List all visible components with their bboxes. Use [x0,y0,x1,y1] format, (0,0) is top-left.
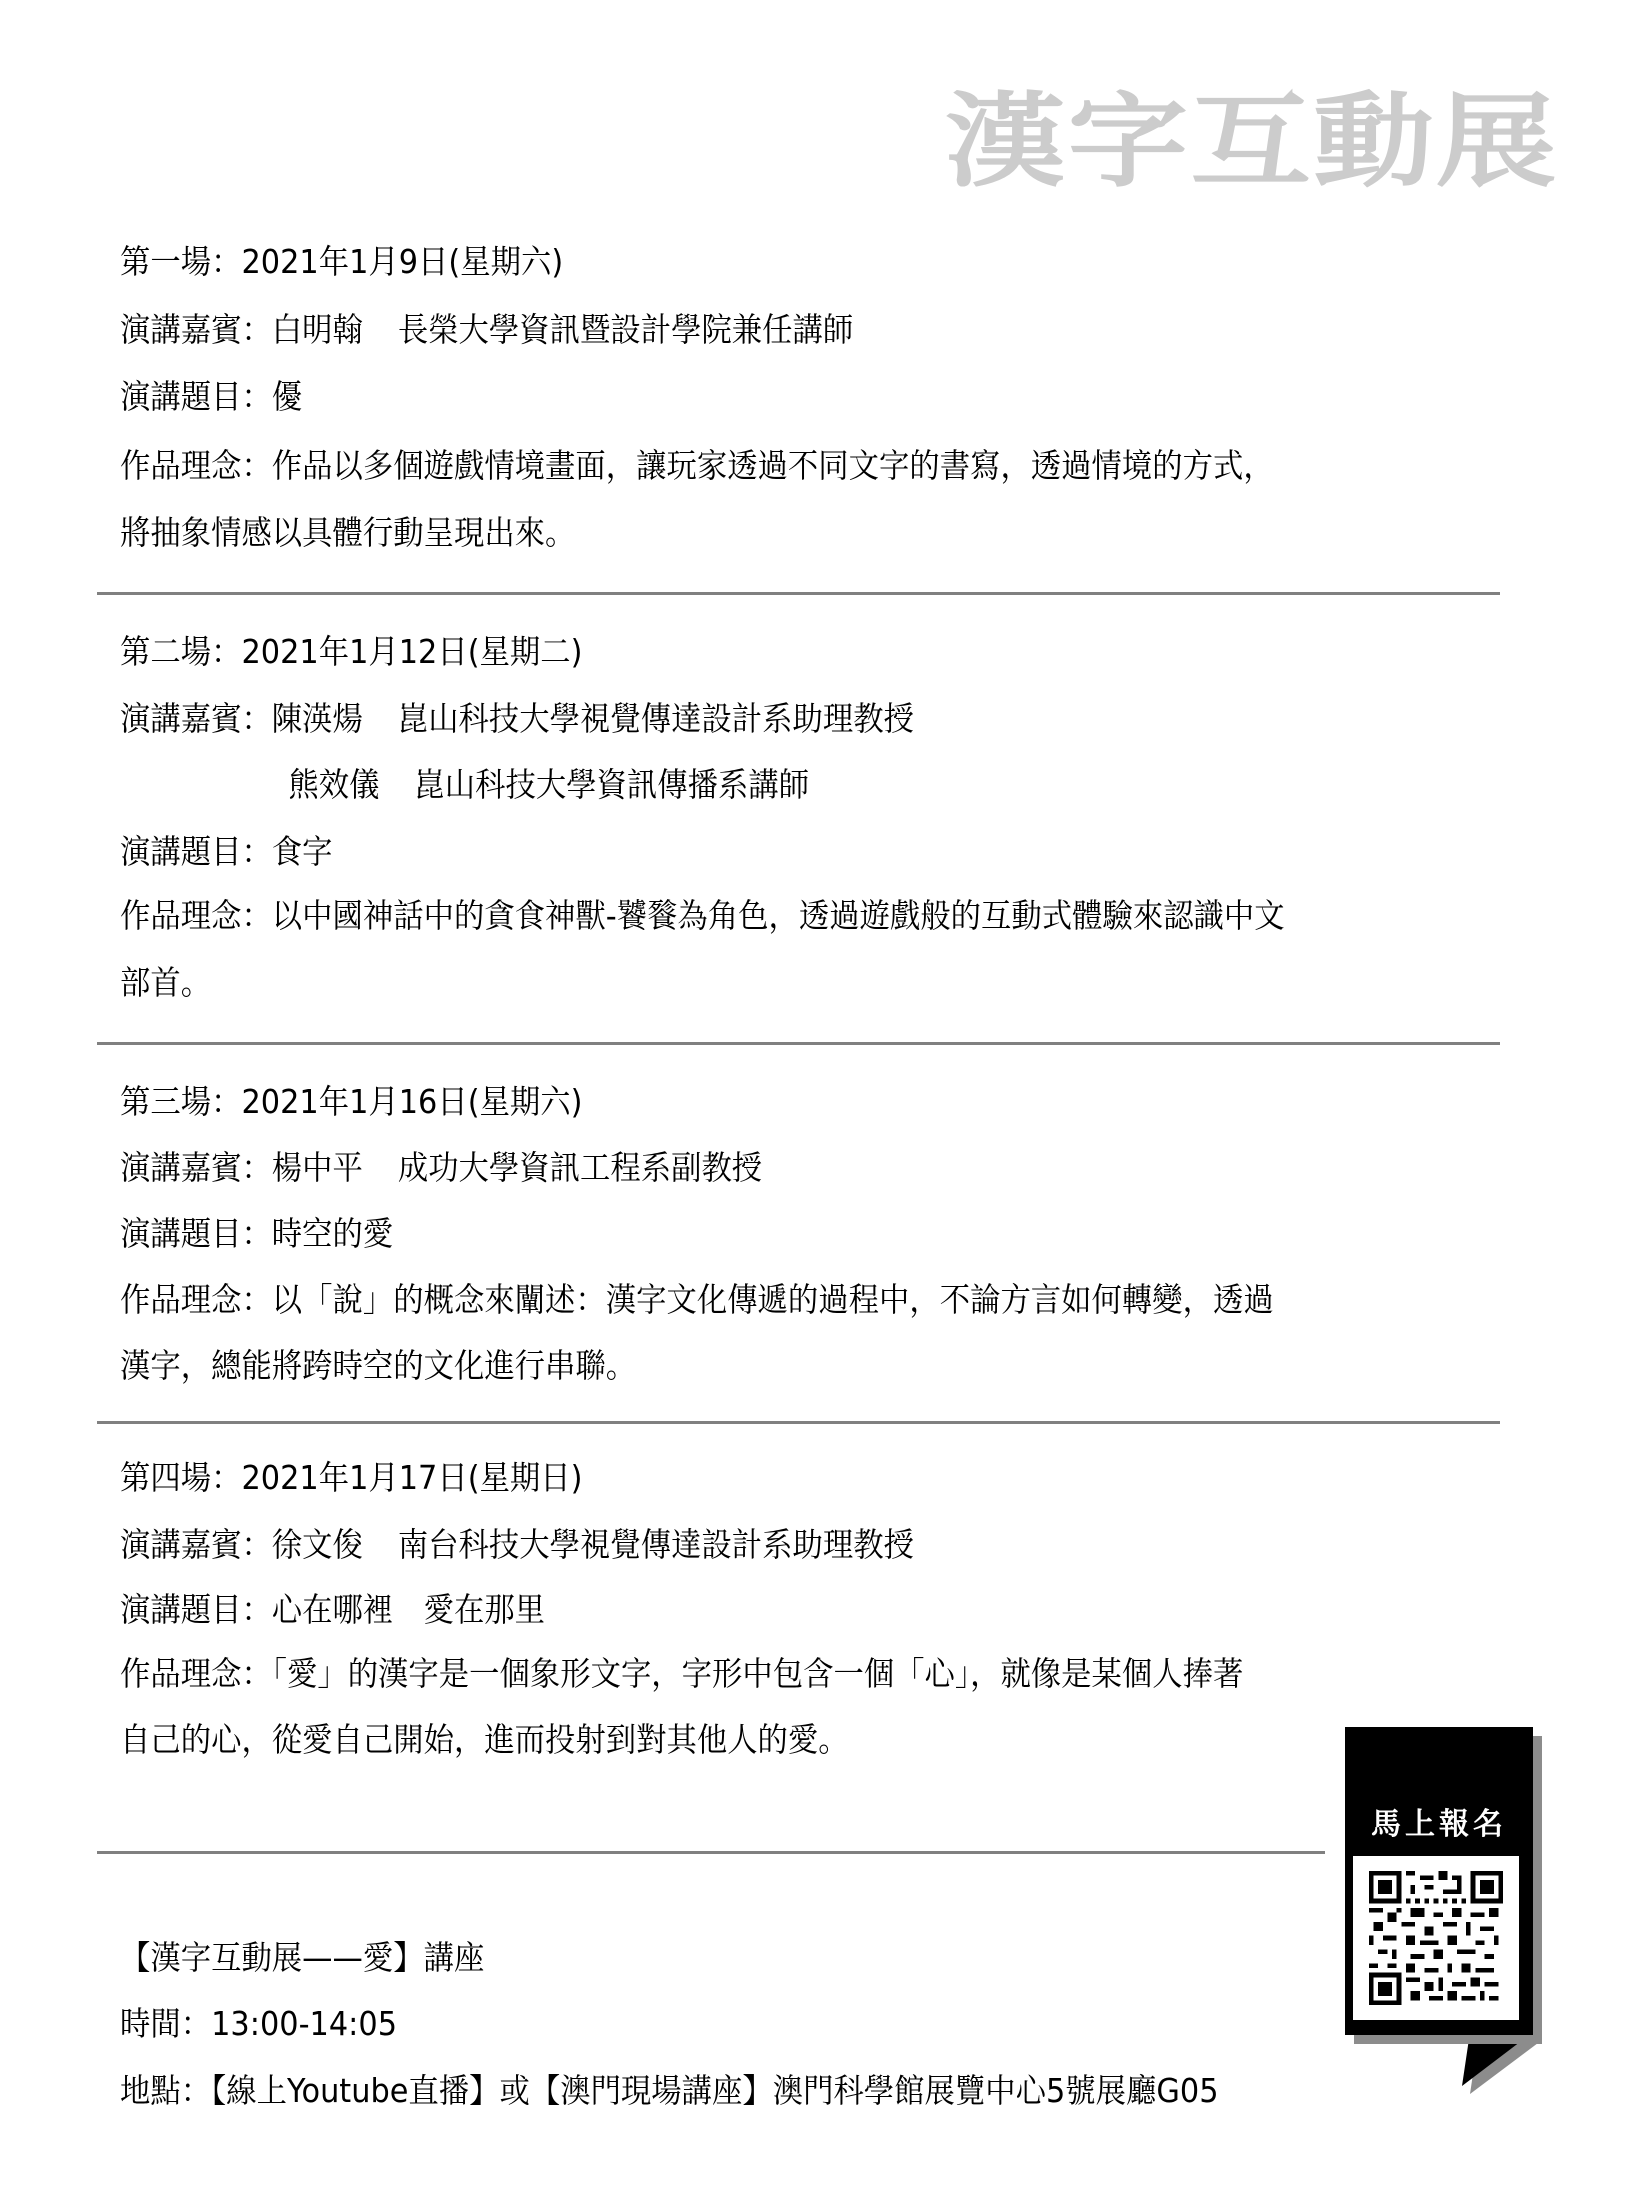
divider [97,1421,1500,1424]
speaker-label: 演講嘉賓： [120,1525,272,1564]
qr-code[interactable] [1353,1856,1519,2020]
session-2-concept-line-1: 作品理念：以中國神話中的貪食神獸-饕餮為角色，透過遊戲般的互動式體驗來認識中文 [120,896,1285,936]
event-venue: 地點：【線上Youtube直播】或【澳門現場講座】澳門科學館展覽中心5號展廳G0… [120,2071,1219,2111]
session-2-topic: 演講題目：食字 [120,832,333,872]
session-3-concept-line-2: 漢字，總能將跨時空的文化進行串聯。 [120,1346,636,1386]
speaker-name: 白明翰 [272,310,363,349]
session-3-topic: 演講題目：時空的愛 [120,1214,393,1254]
event-title: 【漢字互動展——愛】講座 [120,1938,484,1978]
speaker-title: 崑山科技大學視覺傳達設計系助理教授 [398,699,914,738]
qr-code-icon [1369,1870,1503,2006]
speaker-label: 演講嘉賓： [120,310,272,349]
event-time: 時間：13:00-14:05 [120,2004,397,2044]
speaker-name: 陳渶煬 [272,699,363,738]
speaker-name: 徐文俊 [272,1525,363,1564]
divider [97,1042,1500,1045]
speaker-title: 長榮大學資訊暨設計學院兼任講師 [398,310,853,349]
session-3-speaker: 演講嘉賓：楊中平成功大學資訊工程系副教授 [120,1148,762,1188]
session-4-topic: 演講題目：心在哪裡 愛在那里 [120,1590,545,1630]
session-1-topic: 演講題目：優 [120,377,302,417]
session-1-concept-line-2: 將抽象情感以具體行動呈現出來。 [120,513,575,553]
session-1-concept-line-1: 作品理念：作品以多個遊戲情境畫面，讓玩家透過不同文字的書寫，透過情境的方式， [120,446,1274,486]
speaker-name: 楊中平 [272,1148,363,1187]
session-4-speaker: 演講嘉賓：徐文俊南台科技大學視覺傳達設計系助理教授 [120,1525,914,1565]
session-2-date: 第二場：2021年1月12日(星期二) [120,632,583,672]
register-now-label: 馬上報名 [1345,1799,1533,1843]
session-2-speaker-1: 演講嘉賓：陳渶煬崑山科技大學視覺傳達設計系助理教授 [120,699,914,739]
session-4-concept-line-2: 自己的心，從愛自己開始，進而投射到對其他人的愛。 [120,1720,849,1760]
session-4-concept-line-1: 作品理念：「愛」的漢字是一個象形文字，字形中包含一個「心」，就像是某個人捧著 [120,1654,1243,1694]
session-4-date: 第四場：2021年1月17日(星期日) [120,1458,583,1498]
divider [97,1851,1325,1854]
register-callout[interactable]: 馬上報名 [1345,1727,1533,2035]
speaker-title: 南台科技大學視覺傳達設計系助理教授 [398,1525,914,1564]
speaker-name: 熊效儀 [288,765,379,804]
session-3-concept-line-1: 作品理念：以「說」的概念來闡述：漢字文化傳遞的過程中，不論方言如何轉變，透過 [120,1280,1274,1320]
speaker-label: 演講嘉賓： [120,1148,272,1187]
divider [97,592,1500,595]
session-1-date: 第一場：2021年1月9日(星期六) [120,242,563,282]
session-2-speaker-2: 熊效儀崑山科技大學資訊傳播系講師 [120,765,809,805]
session-3-date: 第三場：2021年1月16日(星期六) [120,1082,583,1122]
session-2-concept-line-2: 部首。 [120,963,211,1003]
speaker-label: 演講嘉賓： [120,699,272,738]
exhibition-logo: 漢字互動展 [945,92,1559,194]
speaker-title: 崑山科技大學資訊傳播系講師 [414,765,809,804]
speaker-title: 成功大學資訊工程系副教授 [398,1148,762,1187]
session-1-speaker: 演講嘉賓：白明翰長榮大學資訊暨設計學院兼任講師 [120,310,853,350]
